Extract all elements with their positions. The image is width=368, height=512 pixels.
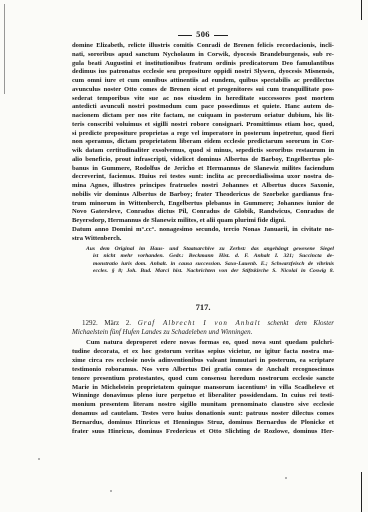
scan-edge-right-bottom bbox=[361, 472, 362, 512]
text-line: sederat temporibus vite sue ac nos eiusd… bbox=[72, 95, 334, 104]
page-number: 506 bbox=[72, 29, 334, 39]
dash-right bbox=[214, 35, 228, 36]
text-line: dedimus ius patronatus ecclesie seu prep… bbox=[72, 68, 334, 77]
text-line: mina Agnes, illustres principes fratruel… bbox=[72, 182, 334, 191]
text-line: wik datam certitudinaliter exsolvemus, q… bbox=[72, 147, 334, 156]
text-line: banus in Gummere, Rodolfus de Jericho et… bbox=[72, 165, 334, 174]
regest-date: 1292. März 2. bbox=[82, 319, 131, 327]
text-line: avunculus noster Otto comes de Brenen si… bbox=[72, 86, 334, 95]
text-line: Novo Gatersleve, Conradus dictus Pil, Co… bbox=[72, 208, 334, 217]
text-line: tudine decorata, et ex hoc gestorum veri… bbox=[72, 348, 334, 357]
text-line: Marie in Michelstein proprietatem quinqu… bbox=[72, 384, 334, 393]
text-line: Beyersdorp, Hermannus de Slanewiz milite… bbox=[72, 217, 334, 226]
text-line: cum omni iure et cum omnibus attinentiis… bbox=[72, 77, 334, 86]
regest-line-2-text: Michaelstein fünf Hufen Landes zu Schade… bbox=[72, 328, 252, 336]
text-line: gula beati Augustini et institutionibus … bbox=[72, 60, 334, 69]
text-line: tenore presentium protestantes, quod cum… bbox=[72, 375, 334, 384]
text-line: monium presentem literam nostro sigillo … bbox=[72, 401, 334, 410]
text-line: domine Elizabeth, relicte illustris comi… bbox=[72, 42, 334, 51]
text-line: frater suus Hinricus, dominus Fredericus… bbox=[72, 428, 334, 437]
text-line: nacionem dictam per nos rite factam, ne … bbox=[72, 112, 334, 121]
text-line: xime circa res ecclesie novis adinventio… bbox=[72, 357, 334, 366]
text-line: donamus ad cautelam. Testes vero huius d… bbox=[72, 410, 334, 419]
note-line: ist nicht mehr vorhanden. Gedr.: Beckman… bbox=[86, 253, 334, 260]
page-number-text: 506 bbox=[196, 29, 210, 39]
scan-edge-left bbox=[4, 4, 5, 94]
regest-subject: Graf Albrecht I von Anhalt bbox=[138, 319, 261, 327]
text-line: stra Wittenberch. bbox=[72, 235, 334, 244]
scan-edge-right-top bbox=[361, 0, 362, 20]
source-note: Aus dem Original im Haus- und Staatsarch… bbox=[86, 246, 334, 276]
charter-text: Cum natura deproperet edere novas formas… bbox=[72, 339, 334, 437]
scan-speck bbox=[110, 490, 112, 492]
text-line: trum minorum in Wittenberch, Engelbertus… bbox=[72, 200, 334, 209]
note-line: Aus dem Original im Haus- und Staatsarch… bbox=[86, 246, 334, 253]
text-line: Bernardus, dominus Hinricus et Henningus… bbox=[72, 419, 334, 428]
text-line: si predicte prepositure proprietas a reg… bbox=[72, 130, 334, 139]
dash-left bbox=[178, 35, 192, 36]
regest-line-1: 1292. März 2. Graf Albrecht I von Anhalt… bbox=[72, 319, 334, 328]
text-line: antedicti avunculi nostri postmodum cum … bbox=[72, 103, 334, 112]
scan-speck bbox=[285, 477, 287, 479]
note-line: monstratio iuris dom. Anhalt. in causa s… bbox=[86, 261, 334, 268]
text-line: nobilis vir dominus Albertus de Barboy; … bbox=[72, 191, 334, 200]
regest-heading: 1292. März 2. Graf Albrecht I von Anhalt… bbox=[72, 319, 334, 337]
regest-line-2: Michaelstein fünf Hufen Landes zu Schade… bbox=[72, 328, 334, 337]
text-line: nati, sororibus apud sanctum Nycholaum i… bbox=[72, 51, 334, 60]
regest-action: schenkt dem Kloster bbox=[267, 319, 334, 327]
document-number: 717. bbox=[72, 302, 334, 312]
text-line: teris conscribi voluimus et sigilli nost… bbox=[72, 121, 334, 130]
text-line: non speramus, dictam proprietatem libera… bbox=[72, 138, 334, 147]
text-line: testimonio roboramus. Nos vero Albertus … bbox=[72, 366, 334, 375]
main-text: domine Elizabeth, relicte illustris comi… bbox=[72, 42, 334, 243]
text-line: alio beneficio, prout infrascripti, vide… bbox=[72, 156, 334, 165]
text-line: decreverint, faciemus. Huius rei testes … bbox=[72, 173, 334, 182]
text-line: Cum natura deproperet edere novas formas… bbox=[72, 339, 334, 348]
note-line: eccles. § 8; Joh. Bud. Marci hist. Nachr… bbox=[86, 268, 334, 275]
text-line: Datum anno Domini m°.cc°. nonagesimo sec… bbox=[72, 226, 334, 235]
text-line: Winninge donavimus pleno iure perpetuo e… bbox=[72, 392, 334, 401]
scan-speck bbox=[38, 458, 40, 460]
